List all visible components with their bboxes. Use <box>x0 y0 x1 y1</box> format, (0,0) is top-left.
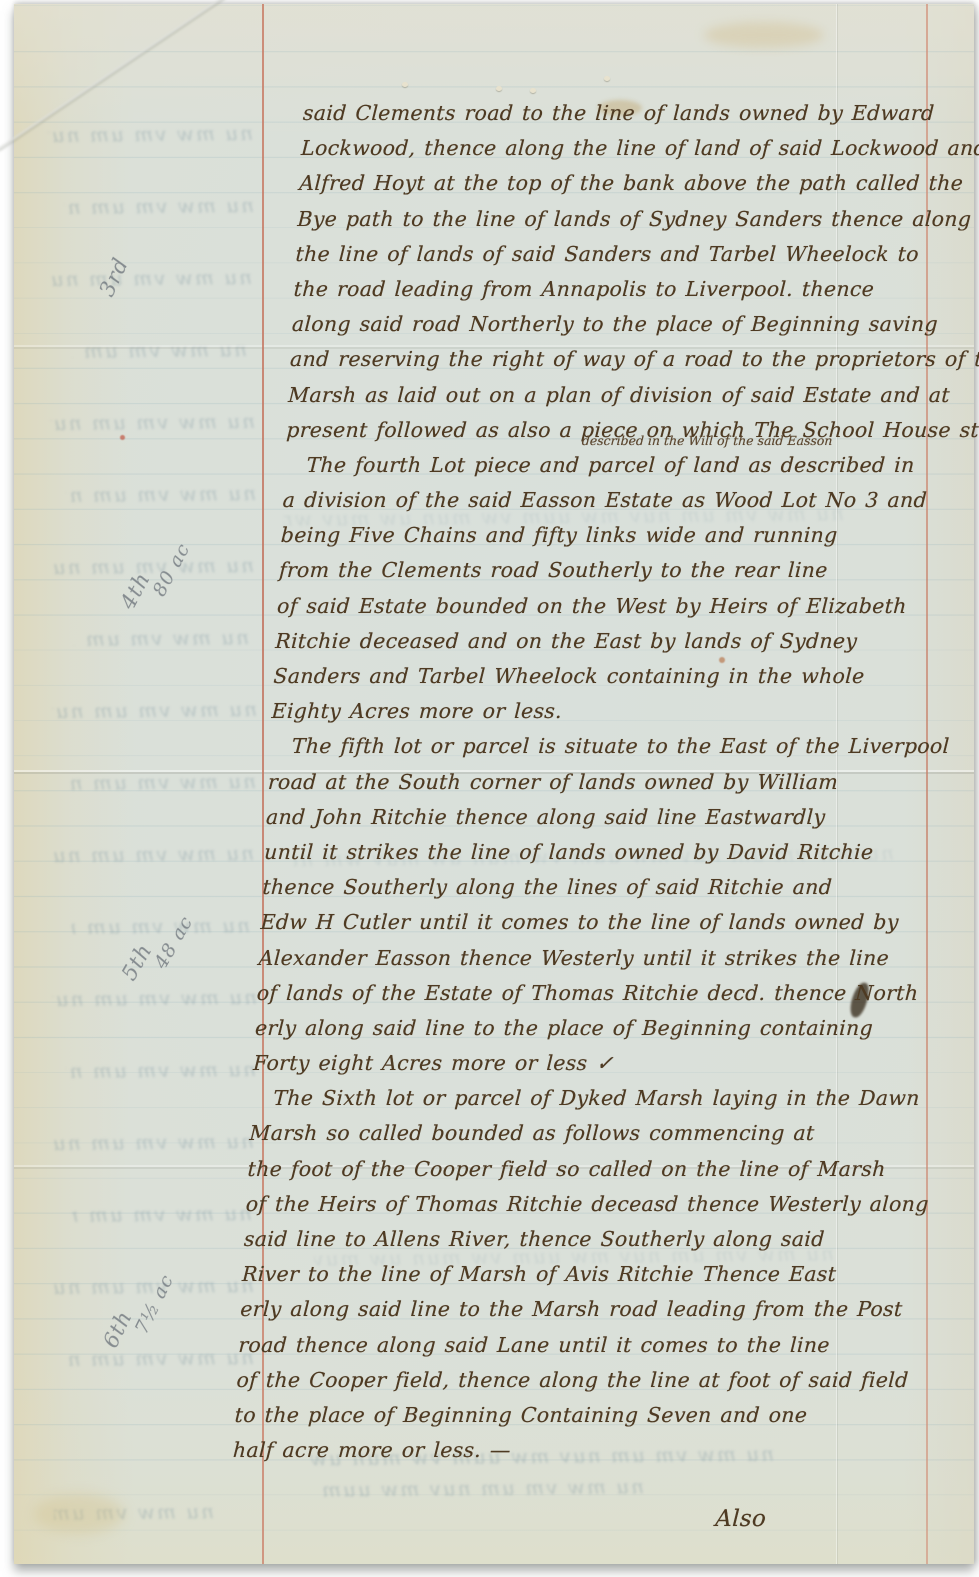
manuscript-line: said Clements road to the line of lands … <box>302 96 972 131</box>
manuscript-line: to the place of Beginning Containing Sev… <box>234 1398 904 1433</box>
manuscript-line: a division of the said Easson Estate as … <box>282 483 952 518</box>
manuscript-line: The fifth lot or parcel is situate to th… <box>269 729 939 764</box>
manuscript-line: the line of lands of said Sanders and Ta… <box>295 237 965 272</box>
manuscript-line: Marsh so called bounded as follows comme… <box>249 1116 919 1151</box>
paper-speck <box>604 76 610 81</box>
manuscript-line: of lands of the Estate of Thomas Ritchie… <box>256 976 926 1011</box>
manuscript-line: Edw H Cutler until it comes to the line … <box>260 905 930 940</box>
manuscript-line: The fourth Lot piece and parcel of land … <box>284 448 954 483</box>
manuscript-line: thence Southerly along the lines of said… <box>261 870 931 905</box>
manuscript-line: Ritchie deceased and on the East by land… <box>274 624 944 659</box>
manuscript-line: Forty eight Acres more or less ✓ <box>252 1046 922 1081</box>
manuscript-text-block: said Clements road to the line of lands … <box>228 96 972 1542</box>
manuscript-line: being Five Chains and fifty links wide a… <box>280 518 950 553</box>
manuscript-line: along said road Northerly to the place o… <box>291 307 961 342</box>
manuscript-line: from the Clements road Southerly to the … <box>278 553 948 588</box>
paper-speck <box>402 82 408 87</box>
manuscript-line: erly along said line to the Marsh road l… <box>239 1292 909 1327</box>
manuscript-line: Eighty Acres more or less. <box>271 694 941 729</box>
manuscript-line: half acre more or less. — <box>232 1433 902 1468</box>
manuscript-line: the foot of the Cooper field so called o… <box>247 1152 917 1187</box>
manuscript-line: of said Estate bounded on the West by He… <box>276 589 946 624</box>
manuscript-line: Bye path to the line of lands of Sydney … <box>297 202 967 237</box>
manuscript-line: said line to Allens River, thence Southe… <box>243 1222 913 1257</box>
manuscript-line: erly along said line to the place of Beg… <box>254 1011 924 1046</box>
manuscript-line: and John Ritchie thence along said line … <box>265 800 935 835</box>
manuscript-line: road at the South corner of lands owned … <box>267 765 937 800</box>
manuscript-line: the road leading from Annapolis to Liver… <box>293 272 963 307</box>
manuscript-line: Sanders and Tarbel Wheelock containing i… <box>273 659 943 694</box>
manuscript-line: Marsh as laid out on a plan of division … <box>287 378 957 413</box>
manuscript-line: until it strikes the line of lands owned… <box>263 835 933 870</box>
scanned-manuscript-page: nu mw vm um nuv mw uum vw mun uw muv wm … <box>14 4 974 1564</box>
manuscript-line: road thence along said Lane until it com… <box>238 1328 908 1363</box>
manuscript-line: Lockwood, thence along the line of land … <box>300 131 970 166</box>
manuscript-line: and reserving the right of way of a road… <box>289 342 959 377</box>
manuscript-line: Alfred Hoyt at the top of the bank above… <box>298 166 968 201</box>
paper-speck <box>530 88 536 93</box>
manuscript-line: of the Cooper field, thence along the li… <box>236 1363 906 1398</box>
manuscript-line: The Sixth lot or parcel of Dyked Marsh l… <box>250 1081 920 1116</box>
closing-word: Also <box>228 1502 898 1542</box>
manuscript-line: of the Heirs of Thomas Ritchie deceasd t… <box>245 1187 915 1222</box>
paper-speck <box>496 86 502 91</box>
manuscript-line: River to the line of Marsh of Avis Ritch… <box>241 1257 911 1292</box>
manuscript-line: Alexander Easson thence Westerly until i… <box>258 941 928 976</box>
